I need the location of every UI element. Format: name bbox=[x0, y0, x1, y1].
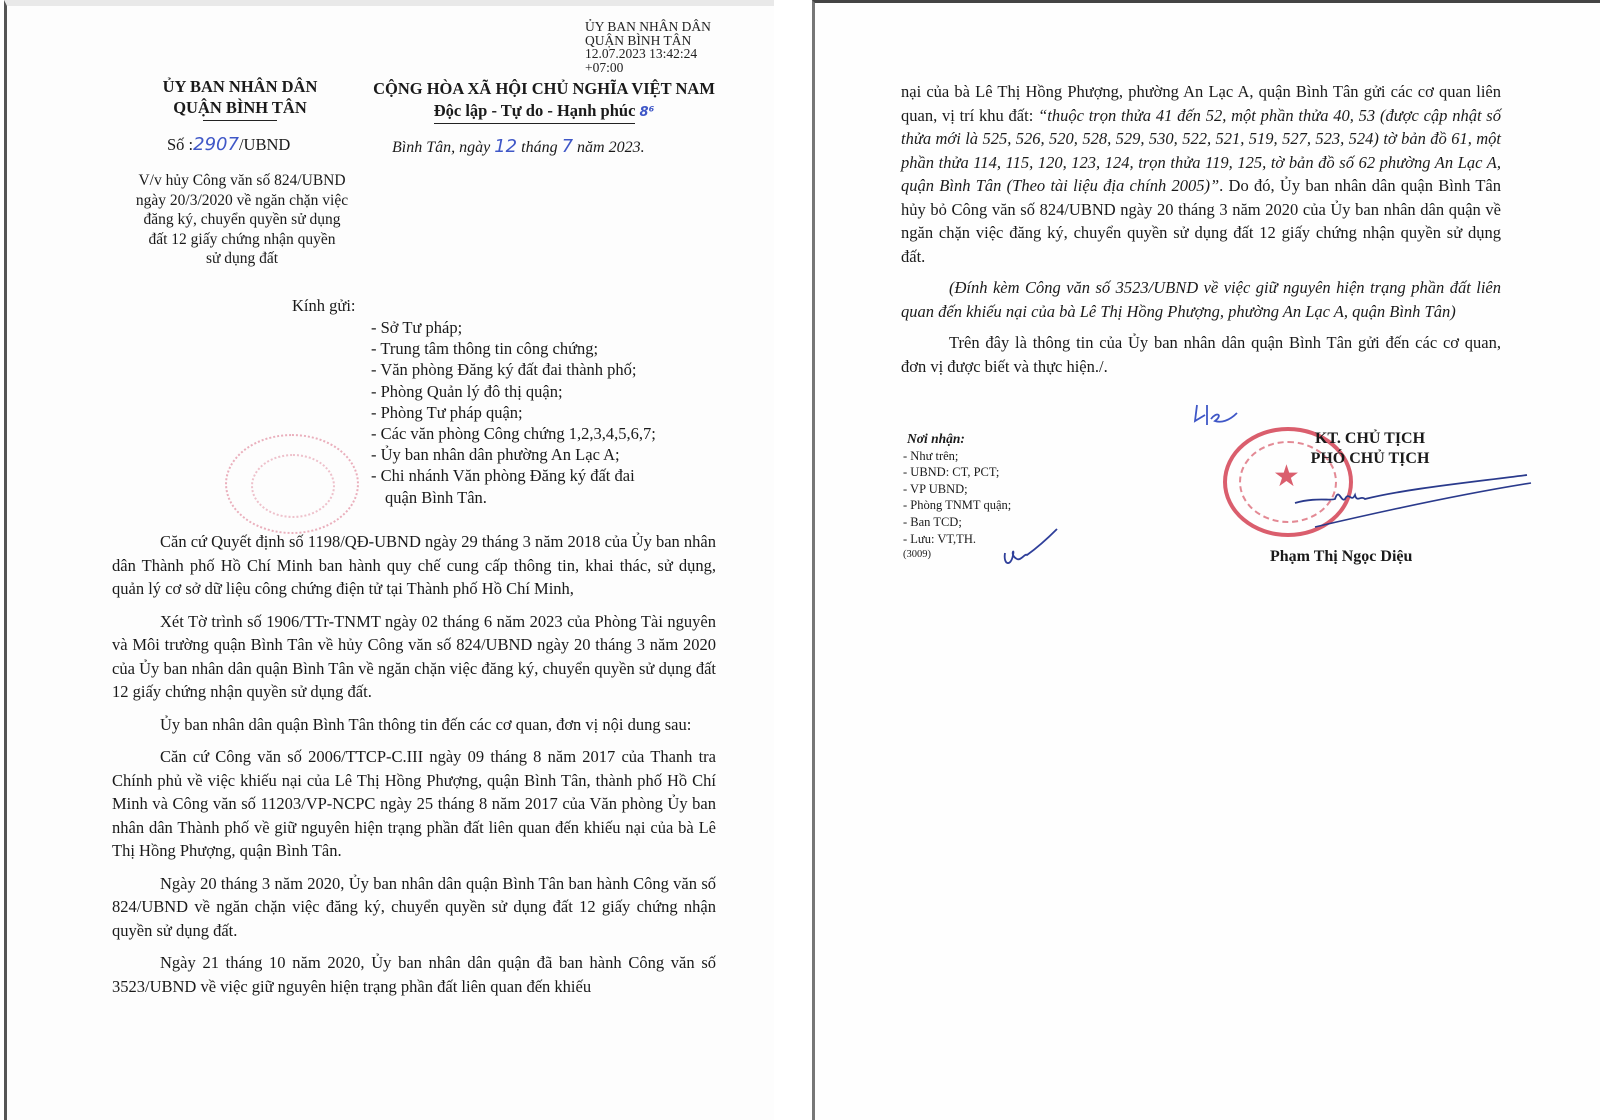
initials-signature-icon bbox=[1001, 525, 1061, 570]
distribution-item: - VP UBND; bbox=[903, 481, 1011, 498]
subject-text: ngày 20/3/2020 về ngăn chặn việc bbox=[117, 191, 367, 211]
esign-line: QUẬN BÌNH TÂN bbox=[585, 34, 711, 48]
recipient-item: - Chi nhánh Văn phòng Đăng ký đất đai bbox=[371, 465, 656, 486]
recipient-item: - Văn phòng Đăng ký đất đai thành phố; bbox=[371, 359, 656, 380]
subject-line: V/v hủy Công văn số 824/UBND ngày 20/3/2… bbox=[117, 171, 367, 269]
body-text: nại của bà Lê Thị Hồng Phượng, phường An… bbox=[901, 80, 1501, 386]
document-number: Số :2907/UBND bbox=[167, 134, 290, 155]
issuer-underline bbox=[203, 120, 277, 121]
recipient-item: - Các văn phòng Công chứng 1,2,3,4,5,6,7… bbox=[371, 423, 656, 444]
recipient-item: quận Bình Tân. bbox=[371, 487, 656, 508]
distribution-item: - Lưu: VT,TH. bbox=[903, 531, 1011, 548]
document-page-2: nại của bà Lê Thị Hồng Phượng, phường An… bbox=[812, 0, 1600, 1120]
issuer-line: ỦY BAN NHÂN DÂN bbox=[135, 76, 345, 97]
distribution-item: - UBND: CT, PCT; bbox=[903, 464, 1011, 481]
signature-title: PHÓ CHỦ TỊCH bbox=[1245, 449, 1495, 469]
subject-text: V/v hủy Công văn số 824/UBND bbox=[117, 171, 367, 191]
paragraph: Căn cứ Quyết định số 1198/QĐ-UBND ngày 2… bbox=[112, 530, 716, 601]
attachment-note: (Đính kèm Công văn số 3523/UBND về việc … bbox=[901, 276, 1501, 323]
doc-number-suffix: /UBND bbox=[239, 135, 290, 154]
paragraph: Ngày 21 tháng 10 năm 2020, Ủy ban nhân d… bbox=[112, 951, 716, 998]
salutation: Kính gửi: bbox=[292, 296, 356, 316]
place-date-text: Bình Tân, ngày bbox=[392, 139, 494, 156]
recipient-item: - Phòng Quản lý đô thị quận; bbox=[371, 381, 656, 402]
national-heading: CỘNG HÒA XÃ HỘI CHỦ NGHĨA VIỆT NAM Độc l… bbox=[359, 78, 729, 124]
signer-name: Phạm Thị Ngọc Diệu bbox=[1270, 548, 1412, 566]
document-page-1: ỦY BAN NHÂN DÂN QUẬN BÌNH TÂN 12.07.2023… bbox=[4, 0, 774, 1120]
esign-line: ỦY BAN NHÂN DÂN bbox=[585, 20, 711, 34]
recipient-list: - Sở Tư pháp; - Trung tâm thông tin công… bbox=[371, 317, 656, 508]
distribution-item: - Phòng TNMT quận; bbox=[903, 497, 1011, 514]
handwritten-month: 7 bbox=[562, 136, 573, 157]
paragraph: nại của bà Lê Thị Hồng Phượng, phường An… bbox=[901, 80, 1501, 268]
esign-line: 12.07.2023 13:42:24 bbox=[585, 47, 711, 61]
paragraph: Ngày 20 tháng 3 năm 2020, Ủy ban nhân dâ… bbox=[112, 872, 716, 943]
issuer-heading: ỦY BAN NHÂN DÂN QUẬN BÌNH TÂN bbox=[135, 76, 345, 121]
subject-text: đất 12 giấy chứng nhận quyền bbox=[117, 230, 367, 250]
recipient-item: - Sở Tư pháp; bbox=[371, 317, 656, 338]
esign-line: +07:00 bbox=[585, 61, 711, 75]
national-motto: Độc lập - Tự do - Hạnh phúc bbox=[434, 100, 636, 124]
recipient-item: - Trung tâm thông tin công chứng; bbox=[371, 338, 656, 359]
handwritten-mark: 8⁶ bbox=[640, 105, 655, 120]
paragraph: Căn cứ Công văn số 2006/TTCP-C.III ngày … bbox=[112, 745, 716, 863]
nation-title: CỘNG HÒA XÃ HỘI CHỦ NGHĨA VIỆT NAM bbox=[359, 78, 729, 100]
distribution-code: (3009) bbox=[903, 547, 1011, 564]
paragraph: Xét Tờ trình số 1906/TTr-TNMT ngày 02 th… bbox=[112, 610, 716, 704]
faded-seal-stamp bbox=[225, 434, 359, 534]
doc-number-handwritten: 2907 bbox=[193, 134, 239, 155]
initials-mark-icon bbox=[1193, 401, 1243, 431]
place-date: Bình Tân, ngày 12 tháng 7 năm 2023. bbox=[392, 136, 645, 157]
place-date-text: tháng bbox=[517, 139, 561, 156]
recipient-item: - Ủy ban nhân dân phường An Lạc A; bbox=[371, 444, 656, 465]
place-date-text: năm 2023. bbox=[573, 139, 645, 156]
closing-paragraph: Trên đây là thông tin của Ủy ban nhân dâ… bbox=[901, 331, 1501, 378]
body-text: Căn cứ Quyết định số 1198/QĐ-UBND ngày 2… bbox=[112, 530, 716, 1007]
doc-number-prefix: Số : bbox=[167, 135, 193, 154]
distribution-item: - Như trên; bbox=[903, 448, 1011, 465]
paragraph: Ủy ban nhân dân quận Bình Tân thông tin … bbox=[112, 713, 716, 737]
handwritten-signature-icon bbox=[1295, 473, 1535, 533]
distribution-title: Nơi nhận: bbox=[903, 431, 1011, 448]
digital-signature-stamp: ỦY BAN NHÂN DÂN QUẬN BÌNH TÂN 12.07.2023… bbox=[585, 20, 711, 74]
handwritten-day: 12 bbox=[494, 136, 517, 157]
distribution-item: - Ban TCD; bbox=[903, 514, 1011, 531]
subject-text: sử dụng đất bbox=[117, 249, 367, 269]
recipient-item: - Phòng Tư pháp quận; bbox=[371, 402, 656, 423]
subject-text: đăng ký, chuyển quyền sử dụng bbox=[117, 210, 367, 230]
distribution-list: Nơi nhận: - Như trên; - UBND: CT, PCT; -… bbox=[903, 431, 1011, 564]
issuer-line: QUẬN BÌNH TÂN bbox=[135, 97, 345, 118]
signature-title: KT. CHỦ TỊCH bbox=[1245, 429, 1495, 449]
signature-block: KT. CHỦ TỊCH PHÓ CHỦ TỊCH bbox=[1245, 429, 1495, 469]
